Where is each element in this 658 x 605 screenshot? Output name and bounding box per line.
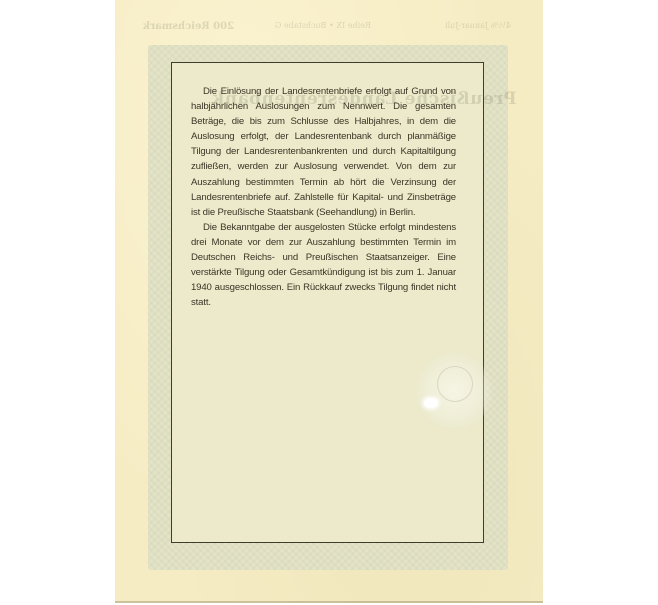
seal-eagle-icon: [437, 366, 473, 402]
show-through-denomination: 200 Reichsmark: [143, 21, 234, 32]
punch-hole: [424, 398, 438, 408]
bond-document: 200 Reichsmark Reihe IX • Buchstabe G 4½…: [115, 0, 543, 603]
terms-paragraph-announcement: Die Bekanntgabe der ausgelosten Stücke e…: [191, 220, 456, 311]
paper-edge: [115, 601, 543, 603]
embossed-seal-icon: [415, 352, 493, 430]
show-through-series: Reihe IX • Buchstabe G: [275, 21, 371, 30]
terms-text: Die Einlösung der Landesrentenbriefe erf…: [191, 84, 456, 310]
show-through-interest: 4½% Januar-Juli: [445, 21, 511, 30]
terms-paragraph-redemption: Die Einlösung der Landesrentenbriefe erf…: [191, 84, 456, 220]
